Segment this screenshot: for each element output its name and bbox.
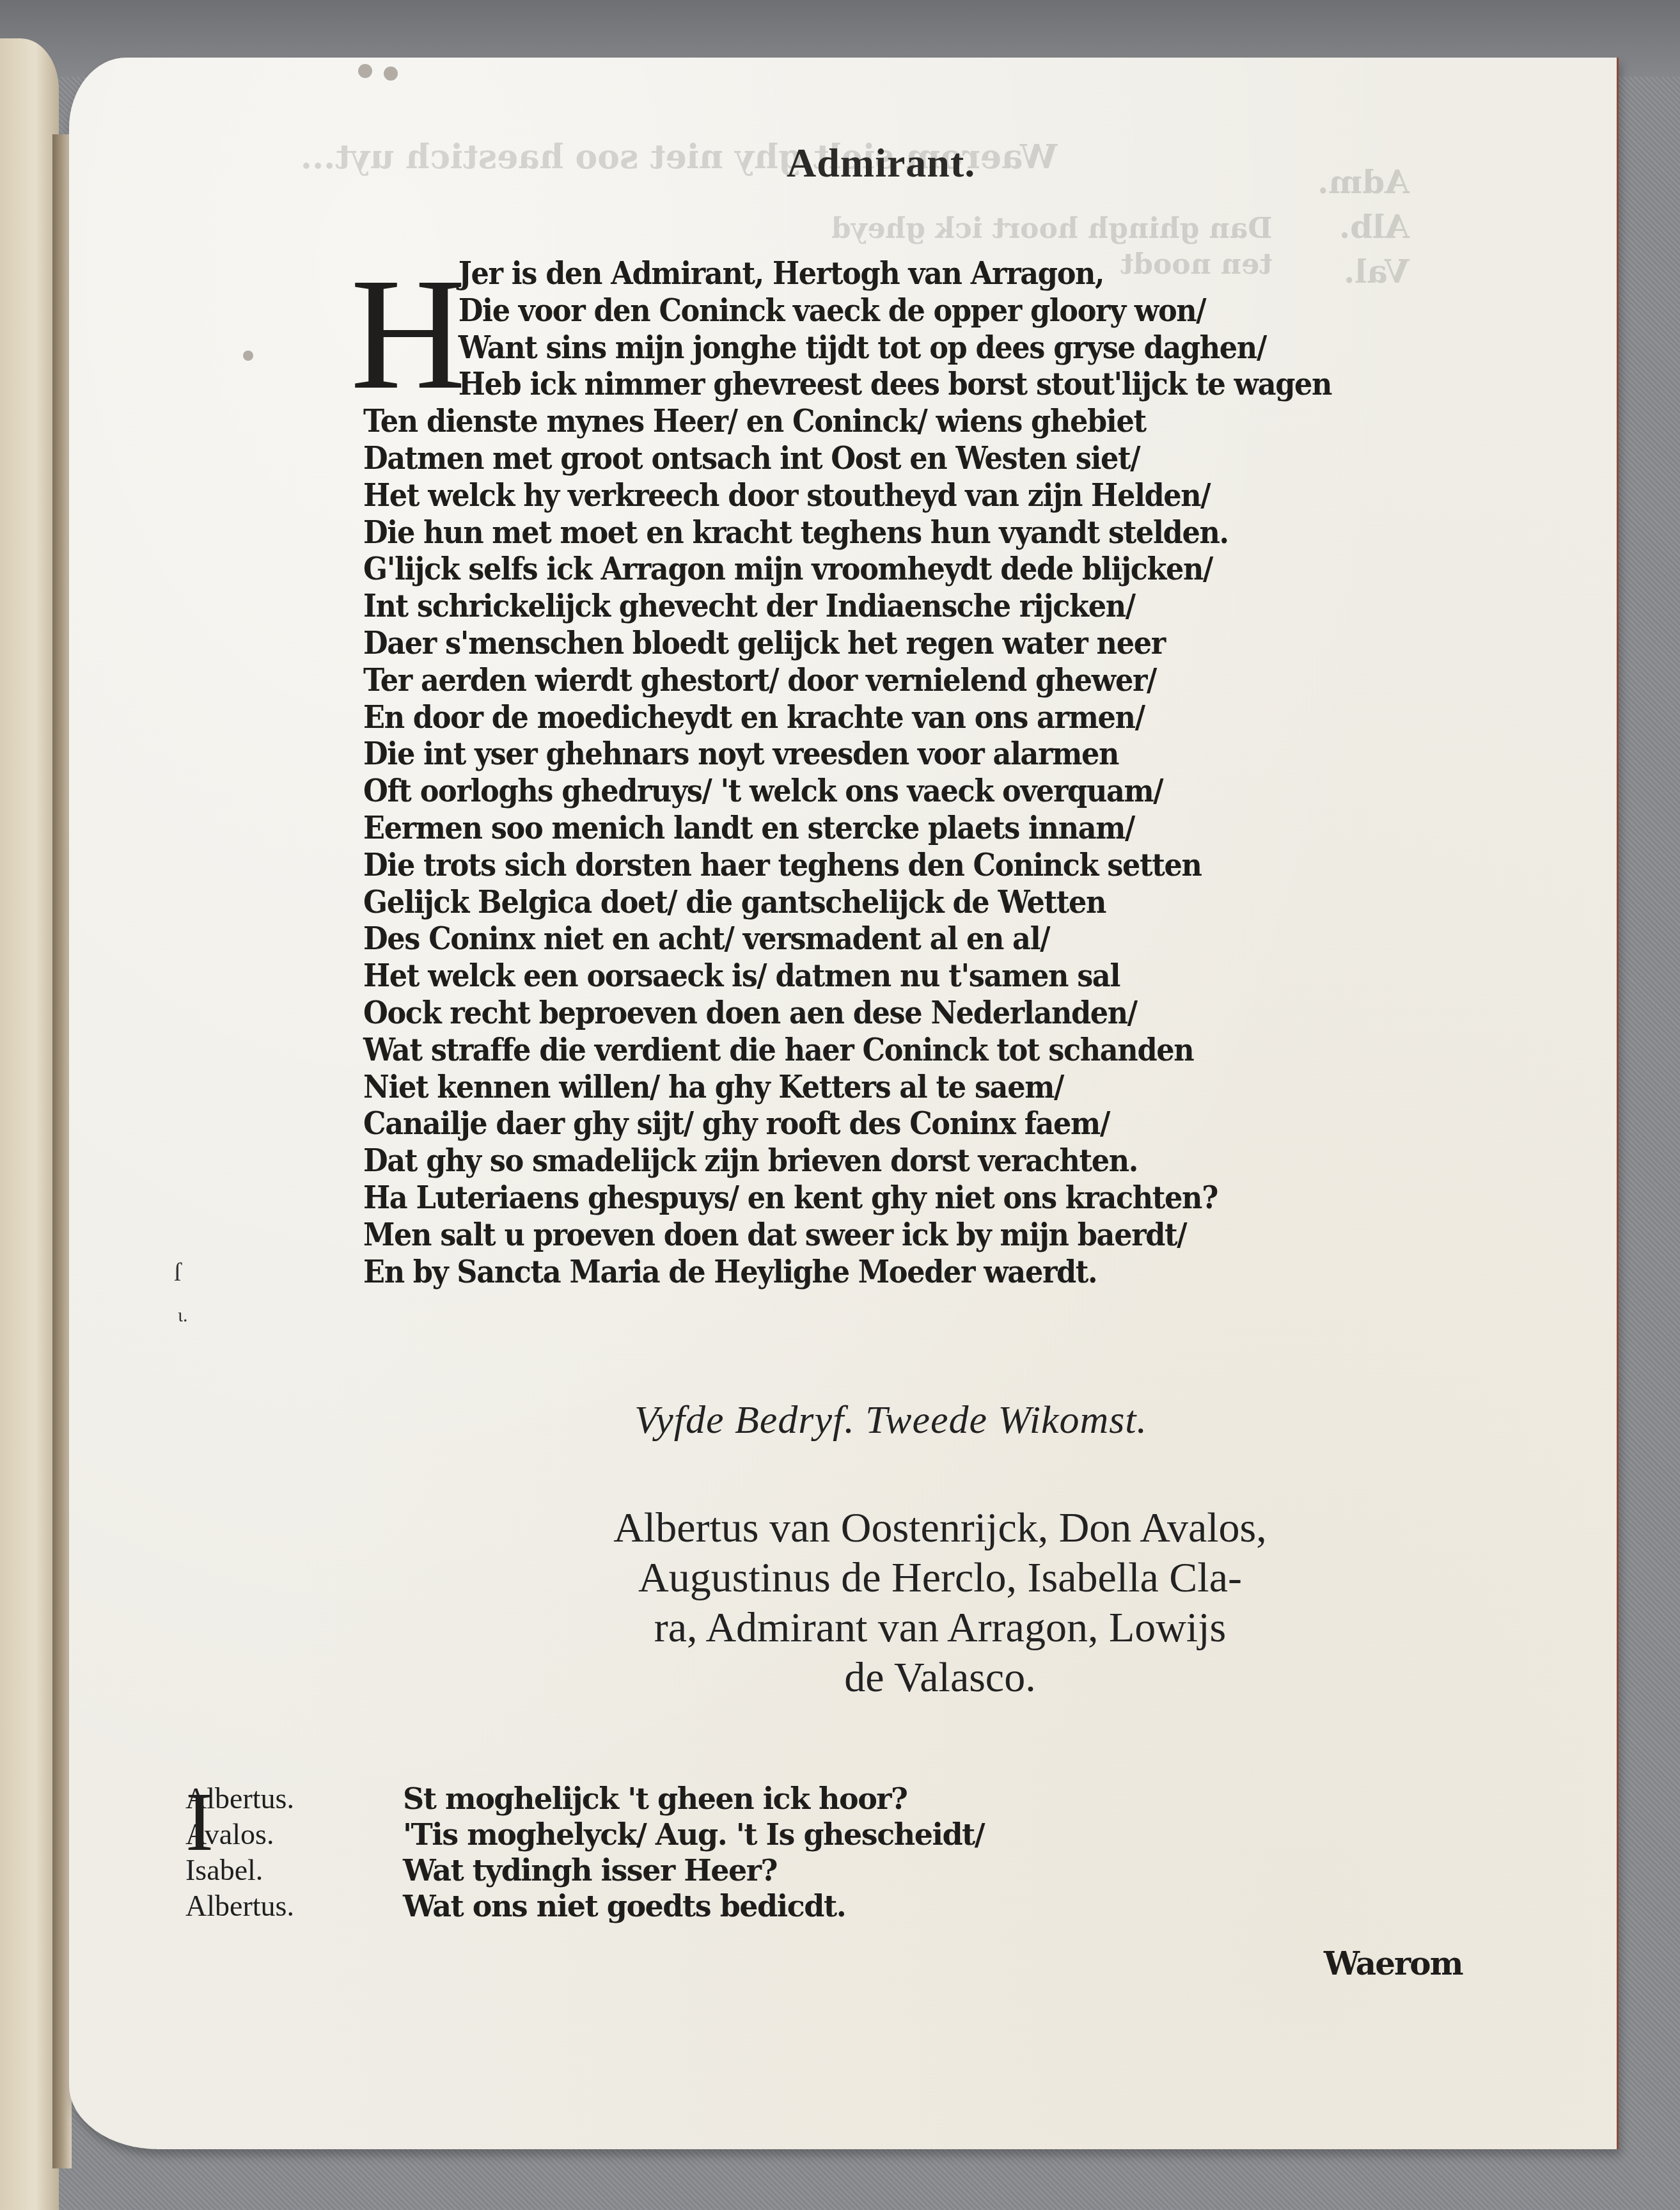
verse-line: Oft oorloghs ghedruys/ 't welck ons vaec…	[363, 773, 1386, 810]
verse-line: Jer is den Admirant, Hertogh van Arragon…	[363, 256, 1386, 293]
verse-line: Dat ghy so smadelijck zijn brieven dorst…	[363, 1143, 1386, 1180]
left-facing-page-edge	[0, 38, 59, 2210]
cast-list: Albertus van Oostenrijck, Don Avalos, Au…	[492, 1503, 1388, 1703]
verse-line: Ten dienste mynes Heer/ en Coninck/ wien…	[363, 404, 1386, 441]
speaker-name: Albertus.	[185, 1781, 294, 1815]
cast-line: Albertus van Oostenrijck, Don Avalos,	[492, 1503, 1388, 1553]
verse-line: Int schrickelijck ghevecht der Indiaensc…	[363, 588, 1386, 626]
act-scene-heading: Vyfde Bedryf. Tweede Wikomst.	[634, 1398, 1147, 1443]
verse-line: En by Sancta Maria de Heylighe Moeder wa…	[363, 1254, 1386, 1291]
margin-mark: ſ	[174, 1257, 181, 1287]
verse-line: G'lijck selfs ick Arragon mijn vroomheyd…	[363, 551, 1386, 588]
ink-spot	[384, 67, 398, 81]
verse-line: Ter aerden wierdt ghestort/ door verniel…	[363, 663, 1386, 700]
verse-block: Jer is den Admirant, Hertogh van Arragon…	[363, 256, 1386, 1291]
verse-line: Die trots sich dorsten haer teghens den …	[363, 848, 1386, 885]
verse-line: Die int yser ghehnars noyt vreesden voor…	[363, 736, 1386, 773]
cast-line: Augustinus de Herclo, Isabella Cla-	[492, 1553, 1388, 1603]
verse-line: Canailje daer ghy sijt/ ghy rooft des Co…	[363, 1106, 1386, 1143]
running-head: Admirant.	[787, 139, 975, 187]
verse-line: Datmen met groot ontsach int Oost en Wes…	[363, 441, 1386, 478]
verse-line: Heb ick nimmer ghevreest dees borst stou…	[363, 367, 1386, 404]
margin-mark: ɩ.	[178, 1305, 188, 1327]
speech-text: 'Tis moghelyck/ Aug. 't Is ghescheidt/	[403, 1817, 984, 1852]
verse-line: Het welck hy verkreech door stoutheyd va…	[363, 478, 1386, 515]
verse-line: Ha Luteriaens ghespuys/ en kent ghy niet…	[363, 1180, 1386, 1217]
cast-line: de Valasco.	[492, 1653, 1388, 1703]
catchword: Waerom	[1324, 1945, 1463, 1982]
speech-text: Wat ons niet goedts bedicdt.	[403, 1889, 845, 1923]
verse-line: Gelijck Belgica doet/ die gantschelijck …	[363, 885, 1386, 922]
ink-spot	[358, 64, 372, 78]
speech-text: Wat tydingh isser Heer?	[403, 1853, 777, 1888]
verse-line: Des Coninx niet en acht/ versmadent al e…	[363, 921, 1386, 958]
cast-line: ra, Admirant van Arragon, Lowijs	[492, 1603, 1388, 1653]
verse-line: Want sins mijn jonghe tijdt tot op dees …	[363, 330, 1386, 367]
ink-spot	[243, 351, 253, 361]
verse-line: Men salt u proeven doen dat sweer ick by…	[363, 1217, 1386, 1254]
verse-line: Oock recht beproeven doen aen dese Neder…	[363, 995, 1386, 1032]
speech-text: St moghelijck 't gheen ick hoor?	[403, 1781, 907, 1816]
verse-line: Wat straffe die verdient die haer Coninc…	[363, 1032, 1386, 1069]
verse-line: Eermen soo menich landt en stercke plaet…	[363, 810, 1386, 848]
verse-line: Die hun met moet en kracht teghens hun v…	[363, 515, 1386, 552]
verse-line: Niet kennen willen/ ha ghy Ketters al te…	[363, 1069, 1386, 1107]
verse-line: En door de moedicheydt en krachte van on…	[363, 700, 1386, 737]
speaker-name: Isabel.	[185, 1853, 263, 1887]
speaker-name: Albertus.	[185, 1889, 294, 1923]
verse-line: Die voor den Coninck vaeck de opper gloo…	[363, 293, 1386, 330]
verse-line: Het welck een oorsaeck is/ datmen nu t's…	[363, 958, 1386, 995]
verse-line: Daer s'menschen bloedt gelijck het regen…	[363, 626, 1386, 663]
speaker-name: Avalos.	[185, 1817, 274, 1851]
